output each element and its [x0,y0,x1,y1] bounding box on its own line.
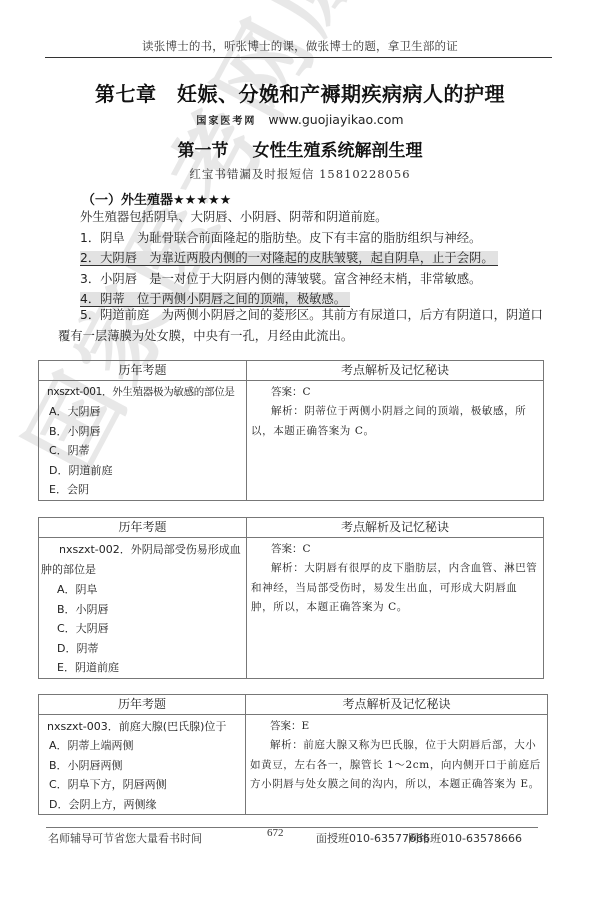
answer-text: 答案：C [251,540,539,559]
option: E．阴道前庭 [47,658,242,678]
answer-cell: 答案：C 解析：阴蒂位于两侧小阴唇之间的顶端，极敏感，所以，本题正确答案为 C。 [247,381,544,501]
col-header-analysis: 考点解析及记忆秘诀 [247,361,544,381]
option: E．会阴 [47,480,242,500]
question-text: nxszxt-003．前庭大腺(巴氏腺)位于 [47,717,241,736]
option: B．小阴唇两侧 [47,756,241,776]
col-header-analysis: 考点解析及记忆秘诀 [246,695,548,715]
answer-cell: 答案：E 解析：前庭大腺又称为巴氏腺，位于大阴唇后部，大小如黄豆，左右各一，腺管… [246,715,548,815]
option: C．阴阜下方，阴唇两侧 [47,775,241,795]
page-header-slogan: 读张博士的书，听张博士的课，做张博士的题，拿卫生部的证 [0,38,600,54]
col-header-past-questions: 历年考题 [39,695,246,715]
explanation-text: 解析：阴蒂位于两侧小阴唇之间的顶端，极敏感，所以，本题正确答案为 C。 [251,402,539,441]
site-url: www.guojiayikao.com [268,112,403,127]
list-item: 1．阴阜 为耻骨联合前面隆起的脂肪垫。皮下有丰富的脂肪组织与神经。 [80,230,481,246]
question-cell: nxszxt-003．前庭大腺(巴氏腺)位于 A．阴蒂上端两侧 B．小阴唇两侧 … [39,715,246,815]
footer-tagline: 名师辅导可节省您大量看书时间 [48,830,202,846]
section-title: 第一节 女性生殖系统解剖生理 [0,136,600,161]
question-table-3: 历年考题 考点解析及记忆秘诀 nxszxt-003．前庭大腺(巴氏腺)位于 A．… [38,694,548,815]
option: A．阴阜 [47,580,242,600]
footer-divider [46,827,538,828]
col-header-past-questions: 历年考题 [39,361,247,381]
col-header-past-questions: 历年考题 [39,518,247,538]
site-line: 国家医考网 www.guojiayikao.com [0,112,600,127]
list-item-highlighted: 2．大阴唇 为靠近两股内侧的一对隆起的皮肤皱襞，起自阴阜，止于会阴。 [80,250,498,266]
list-item: 5．阴道前庭 为两侧小阴唇之间的菱形区。其前方有尿道口，后方有阴道口，阴道口覆有… [58,305,550,347]
explanation-text: 解析：大阴唇有很厚的皮下脂肪层，内含血管、淋巴管和神经，当局部受伤时，易发生出血… [251,559,539,618]
question-table-1: 历年考题 考点解析及记忆秘诀 nxszxt-001．外生殖器极为敏感的部位是 A… [38,360,544,501]
col-header-analysis: 考点解析及记忆秘诀 [247,518,544,538]
option: C．阴蒂 [47,441,242,461]
list-item: 3．小阴唇 是一对位于大阴唇内侧的薄皱襞。富含神经末梢，非常敏感。 [80,271,481,287]
option: C．大阴唇 [47,619,242,639]
answer-text: 答案：E [250,717,543,736]
question-text: nxszxt-002．外阴局部受伤易形成血肿的部位是 [41,540,242,580]
option: D．阴蒂 [47,639,242,659]
errata-notice: 红宝书错漏及时报短信 15810228056 [0,166,600,182]
option: A．阴蒂上端两侧 [47,736,241,756]
answer-cell: 答案：C 解析：大阴唇有很厚的皮下脂肪层，内含血管、淋巴管和神经，当局部受伤时，… [247,538,544,679]
option: B．小阴唇 [47,600,242,620]
answer-text: 答案：C [251,383,539,402]
header-divider [45,57,552,58]
subsection-title: （一）外生殖器★★★★★ [82,189,231,208]
site-name: 国家医考网 [196,116,256,127]
question-table-2: 历年考题 考点解析及记忆秘诀 nxszxt-002．外阴局部受伤易形成血肿的部位… [38,517,544,679]
option: B．小阴唇 [47,422,242,442]
question-text: nxszxt-001．外生殖器极为敏感的部位是 [47,383,242,402]
explanation-text: 解析：前庭大腺又称为巴氏腺，位于大阴唇后部，大小如黄豆，左右各一，腺管长 1～2… [250,736,543,795]
chapter-title: 第七章 妊娠、分娩和产褥期疾病病人的护理 [0,78,600,107]
question-cell: nxszxt-001．外生殖器极为敏感的部位是 A．大阴唇 B．小阴唇 C．阴蒂… [39,381,247,501]
subsection-intro: 外生殖器包括阴阜、大阴唇、小阴唇、阴蒂和阴道前庭。 [80,209,387,225]
footer-online-phone: 网络班010-63578666 [408,830,522,846]
option: D．阴道前庭 [47,461,242,481]
option: D．会阴上方，两侧缘 [47,795,241,815]
page-number: 672 [267,827,284,839]
option: A．大阴唇 [47,402,242,422]
question-cell: nxszxt-002．外阴局部受伤易形成血肿的部位是 A．阴阜 B．小阴唇 C．… [39,538,247,679]
